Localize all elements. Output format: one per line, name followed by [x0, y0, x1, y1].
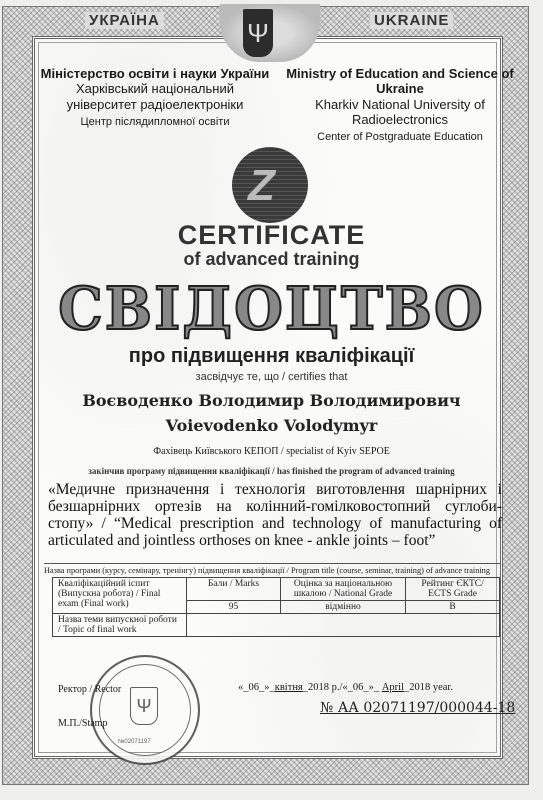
national-grade-value: відмінно: [280, 601, 405, 614]
certificate-title-uk: СВІДОЦТВО: [0, 274, 543, 343]
recipient-name-uk: Воєводенко Володимир Володимирович: [0, 391, 543, 410]
trident-icon: Ψ: [243, 9, 273, 57]
certificate-page: Ψ УКРАЇНА UKRAINE Міністерство освіти і …: [0, 0, 543, 800]
ects-grade-header: Рейтинг ЄКТС/ ECTS Grade: [406, 578, 500, 601]
marks-value: 95: [187, 601, 281, 614]
certifies-text: засвідчує те, що / certifies that: [0, 371, 543, 383]
ects-grade-value: B: [406, 601, 500, 614]
center-en: Center of Postgraduate Education: [285, 131, 515, 144]
seal-trident-icon: Ψ: [130, 687, 158, 725]
exam-label: Кваліфікаційний іспит (Випускна робота) …: [53, 578, 187, 614]
certificate-subtitle-en: of advanced training: [0, 249, 543, 270]
certificate-subtitle-uk: про підвищення кваліфікації: [0, 345, 543, 368]
country-label-en: UKRAINE: [370, 12, 453, 29]
topic-value: [187, 614, 500, 637]
university-logo-icon: Z: [232, 147, 308, 223]
recipient-position: Фахівець Київського КЕПОП / specialist o…: [0, 446, 543, 457]
university-uk: Харківський національний університет рад…: [40, 81, 270, 112]
program-title-label: Назва програми (курсу, семінару, тренінг…: [44, 563, 500, 575]
date-year-uk: _2018 р./«_06_»_: [303, 682, 382, 693]
center-uk: Центр післядипломної освіти: [40, 116, 270, 129]
country-label-uk: УКРАЇНА: [85, 12, 164, 29]
issuer-block-en: Ministry of Education and Science of Ukr…: [285, 66, 515, 144]
logo-glyph: Z: [248, 161, 275, 211]
ministry-uk: Міністерство освіти і науки України: [40, 66, 270, 81]
national-grade-header: Оцінка за національною шкалою / National…: [280, 578, 405, 601]
date-month-uk: квітня: [275, 682, 303, 693]
issue-date: «_06_»_квітня_2018 р./«_06_»_ April_2018…: [238, 682, 453, 693]
certificate-number: № АА 02071197/000044-18: [320, 700, 515, 716]
stamp-label: М.П./Stamp: [58, 718, 107, 729]
date-year-en: _2018 year.: [404, 682, 453, 693]
finished-text: закінчив програму підвищення кваліфікаці…: [0, 466, 543, 476]
recipient-name-en: Voievodenko Volodymyr: [0, 416, 543, 435]
certificate-title-en: CERTIFICATE: [0, 220, 543, 251]
date-prefix-uk: «_06_»_: [238, 682, 275, 693]
official-seal: Ψ №02071197: [90, 655, 200, 765]
program-name: «Медичне призначення і технологія вигото…: [48, 481, 502, 549]
marks-header: Бали / Marks: [187, 578, 281, 601]
ministry-en: Ministry of Education and Science of Ukr…: [285, 66, 515, 97]
grades-table: Кваліфікаційний іспит (Випускна робота) …: [52, 577, 500, 637]
topic-label: Назва теми випускної роботи / Topic of f…: [53, 614, 187, 637]
date-month-en: April: [382, 682, 404, 693]
issuer-block-uk: Міністерство освіти і науки України Харк…: [40, 66, 270, 129]
seal-code: №02071197: [118, 739, 151, 745]
rector-label: Ректор / Rector: [58, 684, 121, 695]
university-en: Kharkiv National University of Radioelec…: [285, 97, 515, 128]
